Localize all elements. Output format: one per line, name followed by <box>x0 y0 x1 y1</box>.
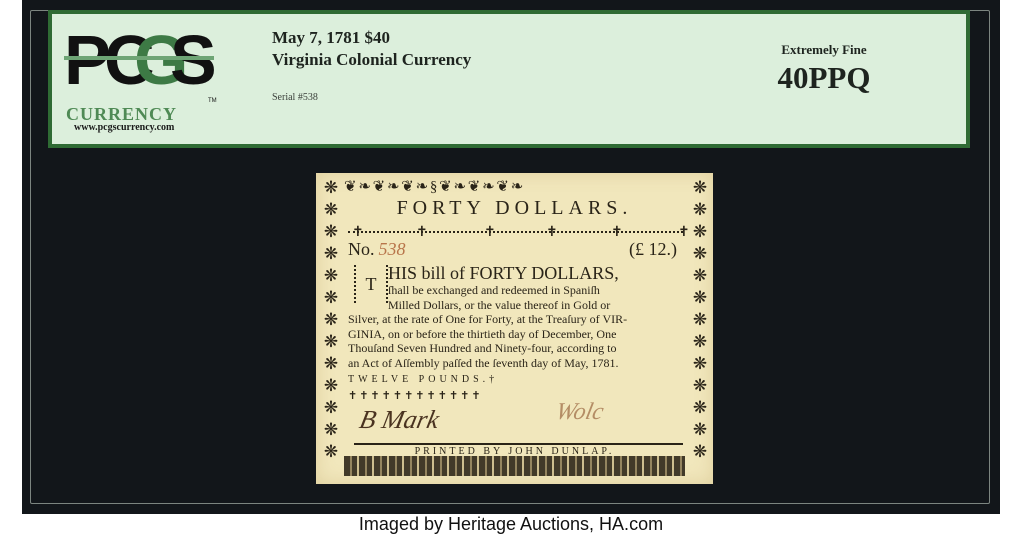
border-ornament-icon: ❋ <box>320 355 342 373</box>
right-border-ornaments: ❋❋❋❋❋❋❋❋❋❋❋❋❋ <box>689 179 711 461</box>
grade-value: 40PPQ <box>744 60 904 96</box>
cross-row: ✝✝✝✝✝✝✝✝✝✝✝✝ <box>348 389 483 402</box>
top-ornament-band: ❦ ❧ ❦ ❧ ❦ ❧ § ❦ ❧ ❦ ❧ ❦ ❧ <box>344 179 685 195</box>
border-ornament-icon: ❋ <box>689 223 711 241</box>
border-ornament-icon: ❋ <box>689 267 711 285</box>
grading-label: P C G S TM CURRENCY www.pcgscurrency.com… <box>48 10 970 148</box>
border-ornament-icon: ❋ <box>689 399 711 417</box>
note-type: Virginia Colonial Currency <box>272 50 471 70</box>
website-url: www.pcgscurrency.com <box>74 122 174 133</box>
note-date-denomination: May 7, 1781 $40 <box>272 28 390 48</box>
pound-value: (£ 12.) <box>629 239 677 260</box>
border-ornament-icon: ❋ <box>689 245 711 263</box>
denomination-title: FORTY DOLLARS. <box>316 197 713 220</box>
border-ornament-icon: ❋ <box>320 245 342 263</box>
bottom-ornament-band <box>344 456 685 476</box>
grade-description: Extremely Fine <box>744 42 904 58</box>
border-ornament-icon: ❋ <box>689 333 711 351</box>
border-ornament-icon: ❋ <box>320 267 342 285</box>
border-ornament-icon: ❋ <box>320 421 342 439</box>
border-ornament-icon: ❋ <box>320 289 342 307</box>
cross-ornament: ✝ <box>678 224 690 241</box>
cross-ornament: ✝ <box>546 224 558 241</box>
border-ornament-icon: ❋ <box>689 377 711 395</box>
border-ornament-icon: ❋ <box>320 377 342 395</box>
cross-ornament: ✝ <box>611 224 623 241</box>
border-ornament-icon: ❋ <box>320 311 342 329</box>
border-ornament-icon: ❋ <box>689 289 711 307</box>
twelve-pounds: TWELVE POUNDS.† <box>348 374 498 385</box>
pcgs-currency-logo: P C G S TM CURRENCY <box>62 22 222 132</box>
border-ornament-icon: ❋ <box>689 421 711 439</box>
signature-right: Wolc <box>553 399 606 426</box>
signature-left: B Mark <box>357 405 442 435</box>
left-border-ornaments: ❋❋❋❋❋❋❋❋❋❋❋❋❋ <box>320 179 342 461</box>
serial-number: Serial #538 <box>272 92 318 103</box>
svg-text:S: S <box>170 22 217 99</box>
border-ornament-icon: ❋ <box>689 311 711 329</box>
border-ornament-icon: ❋ <box>689 355 711 373</box>
cross-ornament: ✝ <box>484 224 496 241</box>
image-credit: Imaged by Heritage Auctions, HA.com <box>0 514 1022 535</box>
note-number: No.538 <box>348 239 406 260</box>
border-ornament-icon: ❋ <box>320 223 342 241</box>
svg-text:TM: TM <box>208 98 217 104</box>
currency-note: ❋❋❋❋❋❋❋❋❋❋❋❋❋ ❋❋❋❋❋❋❋❋❋❋❋❋❋ ❦ ❧ ❦ ❧ ❦ ❧ … <box>316 173 713 484</box>
border-ornament-icon: ❋ <box>320 179 342 197</box>
cross-ornament: ✝ <box>416 224 428 241</box>
svg-text:CURRENCY: CURRENCY <box>66 104 177 124</box>
border-ornament-icon: ❋ <box>320 333 342 351</box>
svg-text:P: P <box>64 22 109 99</box>
note-body-text: HIS bill of FORTY DOLLARS, ſhall be exch… <box>348 263 687 370</box>
signature-rule <box>354 443 683 445</box>
handwritten-serial: 538 <box>379 239 406 259</box>
border-ornament-icon: ❋ <box>689 179 711 197</box>
slab-holder: P C G S TM CURRENCY www.pcgscurrency.com… <box>22 0 1000 514</box>
border-ornament-icon: ❋ <box>320 399 342 417</box>
